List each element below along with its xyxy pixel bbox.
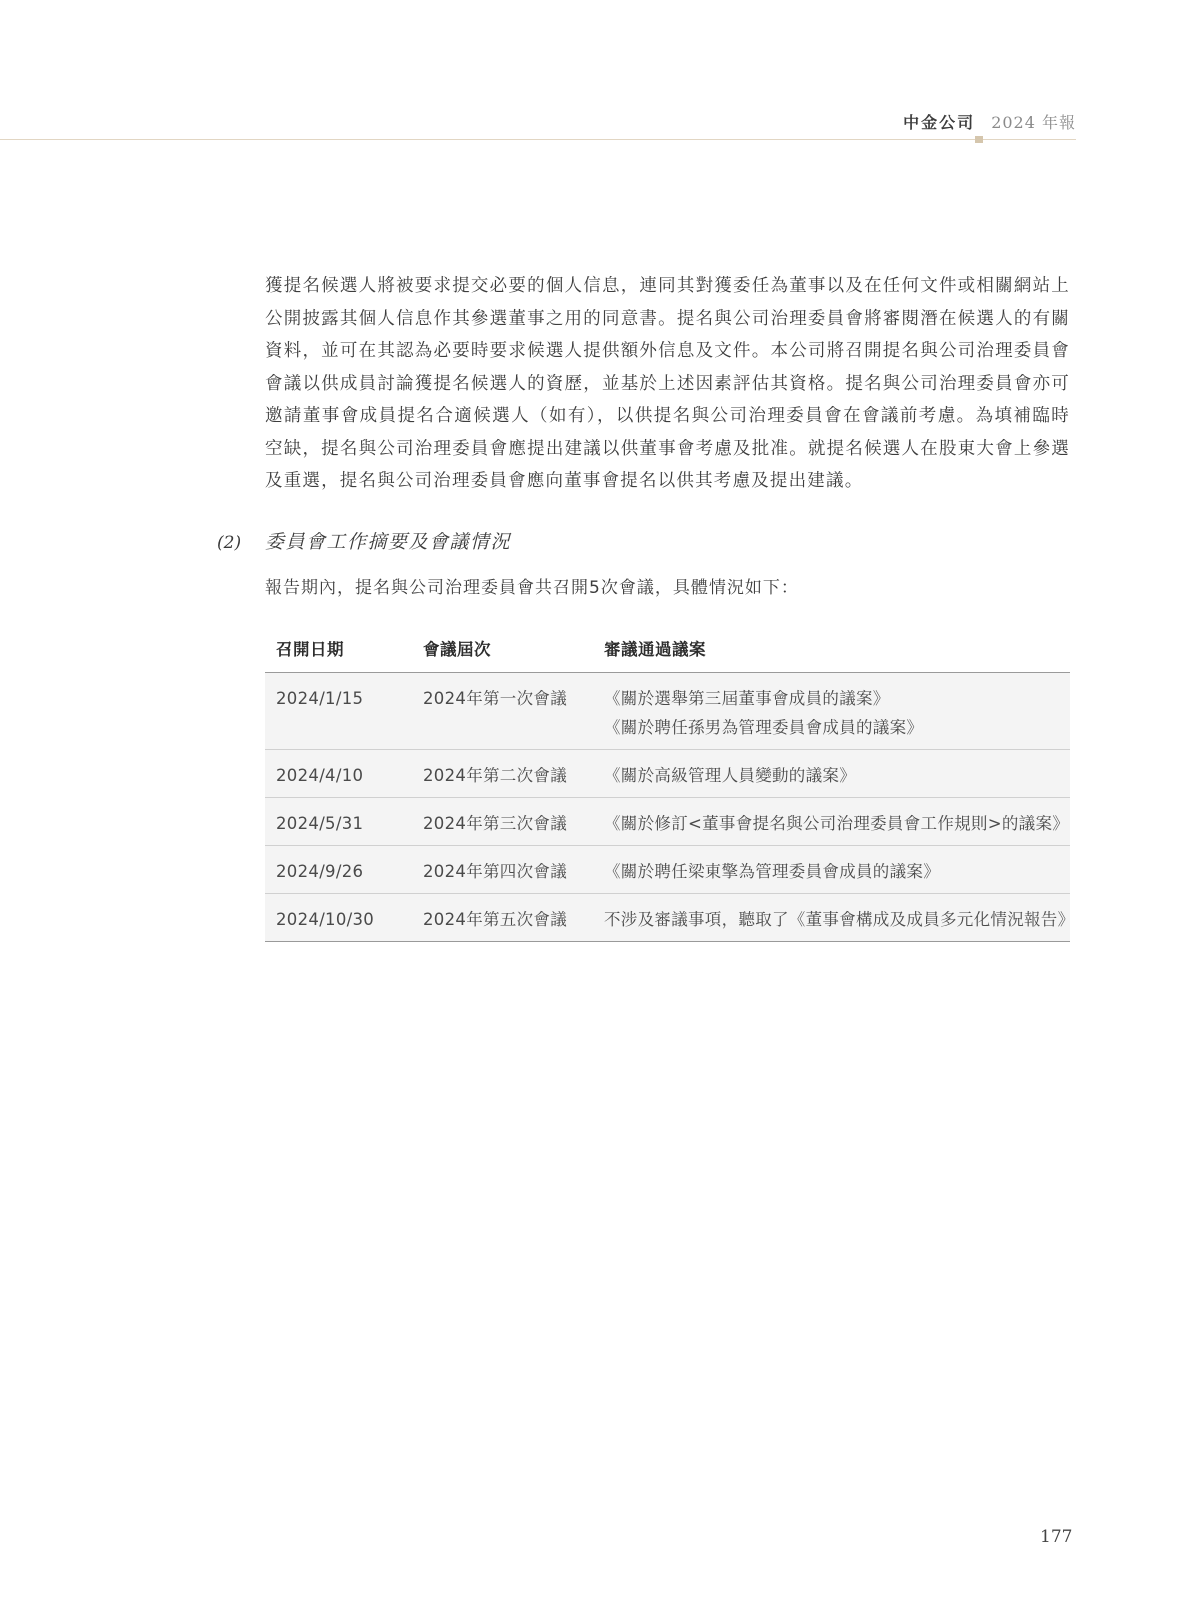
resolution-item: 《關於選舉第三屆董事會成員的議案》 xyxy=(604,684,1070,713)
header-marker-square xyxy=(975,136,983,143)
cell-date: 2024/4/10 xyxy=(265,750,412,798)
header-divider xyxy=(0,139,1076,140)
section-number: (2) xyxy=(217,533,265,553)
paragraph-text: 獲提名候選人將被要求提交必要的個人信息，連同其對獲委任為董事以及在任何文件或相關… xyxy=(265,270,1070,498)
section-title: 委員會工作摘要及會議情況 xyxy=(265,527,511,554)
cell-session: 2024年第三次會議 xyxy=(412,798,593,846)
table-row: 2024/4/10 2024年第二次會議 《關於高級管理人員變動的議案》 xyxy=(265,750,1070,798)
resolution-item: 《關於聘任梁東擎為管理委員會成員的議案》 xyxy=(604,857,1070,886)
cell-date: 2024/1/15 xyxy=(265,673,412,750)
resolution-item: 《關於修訂<董事會提名與公司治理委員會工作規則>的議案》 xyxy=(604,809,1070,838)
cell-resolution: 《關於聘任梁東擎為管理委員會成員的議案》 xyxy=(593,846,1070,894)
table-row: 2024/9/26 2024年第四次會議 《關於聘任梁東擎為管理委員會成員的議案… xyxy=(265,846,1070,894)
table-header-row: 召開日期 會議屆次 審議通過議案 xyxy=(265,630,1070,673)
cell-date: 2024/10/30 xyxy=(265,894,412,942)
cell-session: 2024年第四次會議 xyxy=(412,846,593,894)
cell-session: 2024年第一次會議 xyxy=(412,673,593,750)
header-date: 召開日期 xyxy=(265,630,412,673)
meetings-table: 召開日期 會議屆次 審議通過議案 2024/1/15 2024年第一次會議 《關… xyxy=(265,630,1070,942)
header-company-name: 中金公司 xyxy=(903,110,975,133)
resolution-item: 《關於聘任孫男為管理委員會成員的議案》 xyxy=(604,713,1070,742)
cell-session: 2024年第五次會議 xyxy=(412,894,593,942)
cell-date: 2024/5/31 xyxy=(265,798,412,846)
section-heading: (2) 委員會工作摘要及會議情況 xyxy=(217,527,511,554)
cell-resolution: 《關於高級管理人員變動的議案》 xyxy=(593,750,1070,798)
header-report-title: 2024 年報 xyxy=(991,110,1076,133)
cell-resolution: 《關於修訂<董事會提名與公司治理委員會工作規則>的議案》 xyxy=(593,798,1070,846)
section-intro: 報告期內，提名與公司治理委員會共召開5次會議，具體情況如下： xyxy=(265,573,799,598)
page-number: 177 xyxy=(1040,1527,1072,1547)
cell-session: 2024年第二次會議 xyxy=(412,750,593,798)
header-resolution: 審議通過議案 xyxy=(593,630,1070,673)
cell-resolution: 不涉及審議事項，聽取了《董事會構成及成員多元化情況報告》 xyxy=(593,894,1070,942)
resolution-item: 不涉及審議事項，聽取了《董事會構成及成員多元化情況報告》 xyxy=(604,905,1070,934)
resolution-item: 《關於高級管理人員變動的議案》 xyxy=(604,761,1070,790)
running-header: 中金公司 2024 年報 xyxy=(903,110,1076,132)
cell-resolution: 《關於選舉第三屆董事會成員的議案》 《關於聘任孫男為管理委員會成員的議案》 xyxy=(593,673,1070,750)
table-row: 2024/5/31 2024年第三次會議 《關於修訂<董事會提名與公司治理委員會… xyxy=(265,798,1070,846)
header-session: 會議屆次 xyxy=(412,630,593,673)
table-row: 2024/10/30 2024年第五次會議 不涉及審議事項，聽取了《董事會構成及… xyxy=(265,894,1070,942)
table-row: 2024/1/15 2024年第一次會議 《關於選舉第三屆董事會成員的議案》 《… xyxy=(265,673,1070,750)
body-paragraph: 獲提名候選人將被要求提交必要的個人信息，連同其對獲委任為董事以及在任何文件或相關… xyxy=(265,270,1070,498)
cell-date: 2024/9/26 xyxy=(265,846,412,894)
